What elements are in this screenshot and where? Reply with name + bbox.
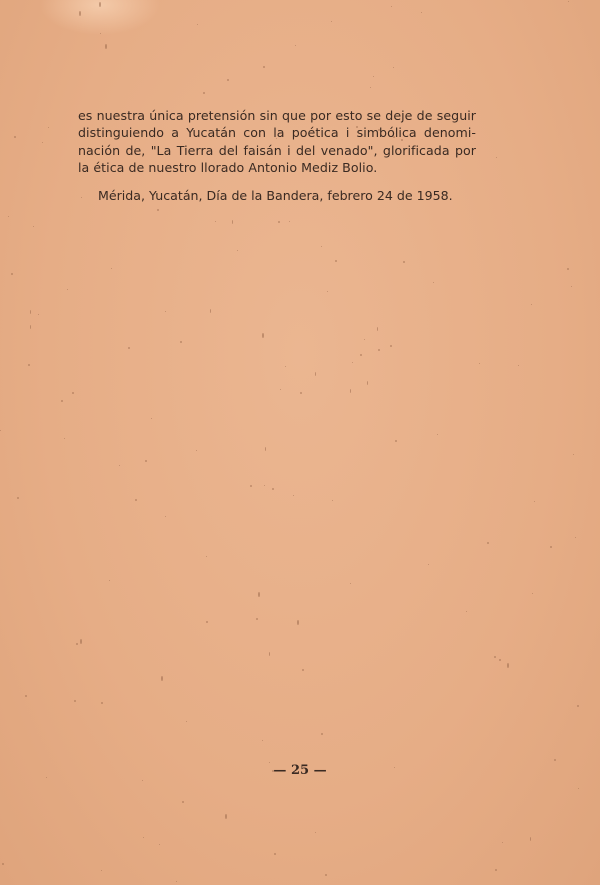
paper-speck [332, 500, 333, 501]
paper-speck [30, 325, 31, 329]
paper-speck [421, 12, 422, 13]
paper-speck [242, 197, 243, 198]
paper-speck [295, 45, 296, 46]
paper-speck [502, 842, 503, 843]
paper-speck [297, 620, 299, 625]
paper-speck [17, 497, 19, 499]
paper-speck [262, 740, 263, 741]
paper-speck [196, 450, 197, 451]
paper-speck [395, 440, 397, 442]
paper-speck [100, 33, 101, 34]
paper-speck [378, 349, 380, 351]
paper-speck [128, 347, 130, 349]
paper-speck [135, 499, 137, 501]
paper-speck [433, 282, 434, 283]
paper-speck [142, 780, 143, 781]
body-paragraph: es nuestra única pretensión sin que por … [78, 107, 476, 177]
paper-speck [472, 120, 473, 121]
paper-speck [278, 221, 280, 223]
paper-speck [321, 733, 323, 735]
paper-speck [101, 702, 103, 704]
paper-speck [370, 87, 371, 88]
paper-speck [161, 676, 163, 681]
paper-speck [578, 788, 579, 789]
paper-speck [350, 583, 351, 584]
paper-speck [567, 268, 569, 270]
paper-speck [403, 261, 405, 263]
paper-speck [568, 1, 569, 2]
paper-speck [350, 389, 351, 393]
paper-speck [373, 76, 374, 77]
paper-speck [2, 863, 4, 865]
text-line: la ética de nuestro llorado Antonio Medi… [78, 159, 476, 176]
paper-speck [262, 333, 264, 338]
paper-speck [495, 869, 497, 871]
paper-speck [215, 221, 216, 222]
paper-speck [8, 216, 9, 217]
paper-speck [11, 273, 13, 275]
paper-speck [33, 226, 34, 227]
paper-speck [180, 341, 182, 343]
paper-speck [289, 221, 290, 222]
paper-speck [143, 837, 144, 838]
paper-speck [364, 339, 365, 340]
paper-speck [377, 327, 378, 331]
paper-speck [280, 389, 281, 390]
paper-speck [494, 656, 496, 658]
paper-speck [42, 142, 43, 143]
paper-speck [38, 314, 39, 315]
paper-speck [507, 663, 509, 668]
paper-speck [293, 495, 294, 496]
paper-speck [61, 400, 63, 402]
paper-speck [285, 366, 286, 367]
text-line: es nuestra única pretensión sin que por … [78, 107, 476, 124]
paper-speck [554, 759, 556, 761]
paper-speck [401, 139, 403, 141]
paper-speck [378, 129, 380, 131]
paper-speck [264, 485, 265, 486]
paper-speck [276, 138, 277, 139]
paper-speck [227, 79, 229, 81]
text-line: nación de, "La Tierra del faisán i del v… [78, 142, 476, 159]
paper-speck [99, 2, 101, 7]
paper-speck [269, 652, 270, 656]
paper-speck [575, 537, 576, 538]
paper-speck [352, 362, 353, 363]
paper-speck [258, 592, 260, 597]
paper-speck [496, 157, 497, 158]
paper-speck [250, 485, 252, 487]
paper-speck [531, 304, 532, 305]
paper-speck [157, 209, 159, 211]
paper-speck [165, 311, 166, 312]
paper-speck [105, 44, 107, 49]
paper-speck [302, 669, 304, 671]
paper-speck [325, 874, 327, 876]
paper-speck [74, 700, 76, 702]
scanned-page: es nuestra única pretensión sin que por … [0, 0, 600, 885]
paper-speck [225, 814, 227, 819]
paper-speck [182, 801, 184, 803]
paper-speck [532, 593, 533, 594]
paper-speck [263, 66, 265, 68]
paper-speck [176, 881, 177, 882]
paper-speck [300, 392, 302, 394]
paper-speck [274, 853, 276, 855]
paper-speck [530, 837, 531, 841]
paper-speck [265, 447, 266, 451]
paper-speck [466, 611, 467, 612]
paper-speck [232, 220, 233, 224]
paper-speck [28, 364, 30, 366]
paper-speck [550, 546, 552, 548]
paper-speck [518, 365, 519, 366]
paper-speck [356, 126, 358, 128]
paper-speck [391, 6, 392, 7]
paper-speck [48, 127, 49, 128]
paper-speck [393, 67, 394, 68]
page-number: — 25 — [0, 763, 600, 778]
paper-speck [390, 345, 392, 347]
paper-speck [394, 767, 395, 768]
paper-speck [81, 197, 82, 198]
paper-speck [360, 354, 362, 356]
paper-speck [88, 147, 89, 148]
paper-speck [327, 291, 328, 292]
paper-speck [237, 250, 238, 251]
paper-speck [428, 564, 429, 565]
paper-speck [321, 246, 322, 247]
paper-speck [577, 705, 579, 707]
paper-speck [186, 721, 187, 722]
paper-speck [111, 268, 112, 269]
paper-speck [367, 381, 368, 385]
paper-speck [571, 286, 572, 287]
paper-speck [269, 762, 270, 763]
paper-speck [101, 870, 102, 871]
paper-speck [0, 430, 1, 431]
paper-speck [159, 844, 160, 845]
paper-speck [165, 516, 166, 517]
paper-speck [109, 580, 110, 581]
paper-speck [72, 392, 74, 394]
paper-speck [119, 465, 120, 466]
paper-speck [145, 460, 147, 462]
paper-speck [393, 136, 395, 138]
paper-speck [331, 21, 332, 22]
paper-speck [499, 659, 501, 661]
paper-speck [437, 434, 438, 435]
paper-speck [335, 260, 337, 262]
paper-speck [315, 372, 316, 376]
paper-speck [64, 438, 65, 439]
paper-speck [203, 92, 205, 94]
paper-speck [79, 11, 81, 16]
paper-speck [46, 777, 47, 778]
paper-speck [151, 418, 152, 419]
paper-speck [256, 618, 258, 620]
paper-speck [80, 639, 82, 644]
paper-speck [534, 501, 535, 502]
paper-speck [67, 289, 68, 290]
paper-speck [76, 643, 78, 645]
paper-speck [25, 695, 27, 697]
paper-speck [315, 832, 316, 833]
paper-speck [14, 136, 16, 138]
paper-speck [272, 488, 274, 490]
paper-speck [210, 309, 211, 313]
paper-speck [30, 310, 31, 314]
paper-speck [479, 363, 480, 364]
paper-speck [573, 454, 574, 455]
text-line: distinguiendo a Yucatán con la poética i… [78, 124, 476, 141]
paper-speck [206, 556, 207, 557]
paper-speck [197, 24, 198, 25]
paper-speck [272, 770, 274, 772]
paper-speck [206, 621, 208, 623]
place-date-line: Mérida, Yucatán, Día de la Bandera, febr… [98, 188, 478, 203]
paper-speck [487, 542, 489, 544]
